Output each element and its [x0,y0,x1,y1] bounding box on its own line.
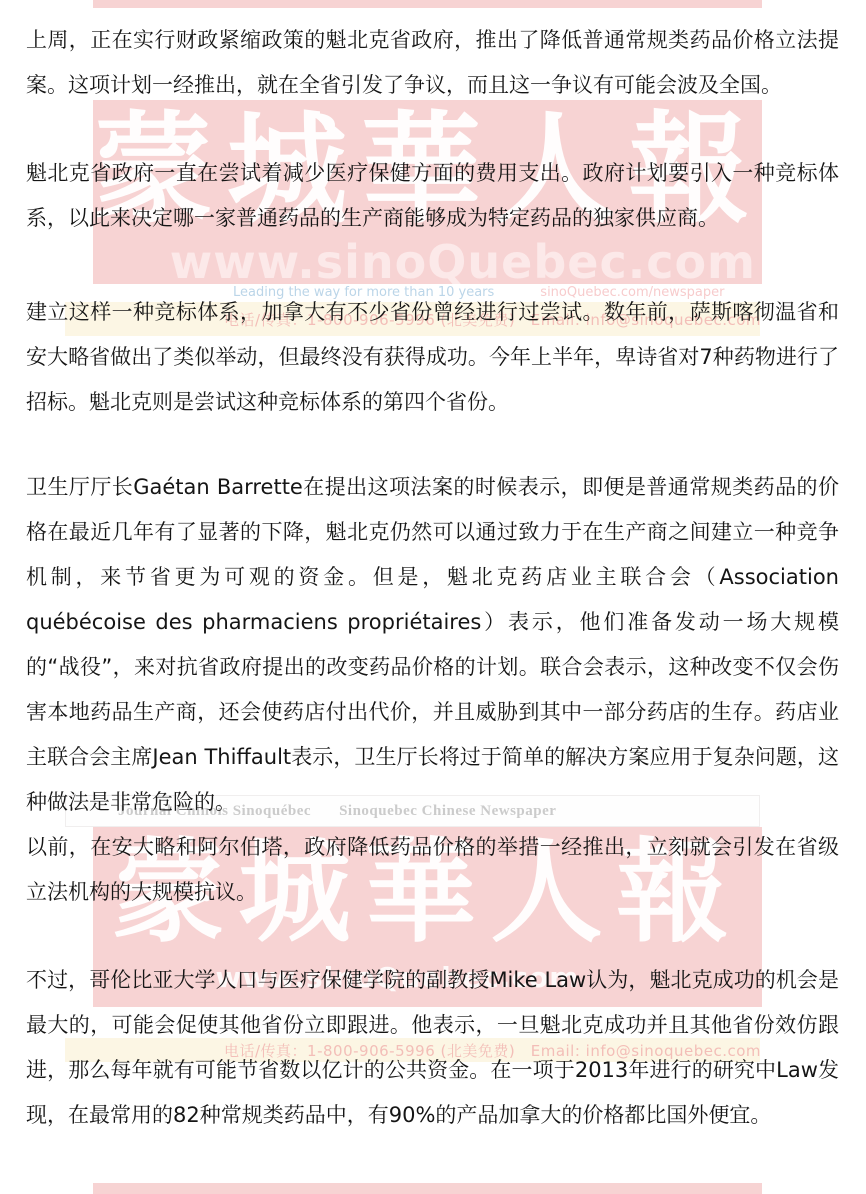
article-page: 蒙城華人報 www.sinoQuebec.com Leading the way… [0,0,866,1194]
article-paragraph: 上周，正在实行财政紧缩政策的魁北克省政府，推出了降低普通常规类药品价格立法提案。… [26,18,839,108]
article-paragraph: 以前，在安大略和阿尔伯塔，政府降低药品价格的举措一经推出，立刻就会引发在省级立法… [26,825,839,915]
article-paragraph: 魁北克省政府一直在尝试着减少医疗保健方面的费用支出。政府计划要引入一种竞标体系，… [26,151,839,241]
watermark-banner-strip-bottom [93,1183,762,1194]
article-paragraph: 卫生厅厅长Gaétan Barrette在提出这项法案的时候表示，即便是普通常规… [26,465,839,825]
watermark-banner-strip-top [93,0,762,8]
watermark-site-url: www.sinoQuebec.com [93,240,762,284]
article-paragraph: 建立这样一种竞标体系，加拿大有不少省份曾经进行过尝试。数年前，萨斯喀彻温省和安大… [26,290,839,425]
article-paragraph: 不过，哥伦比亚大学人口与医疗保健学院的副教授Mike Law认为，魁北克成功的机… [26,958,839,1138]
